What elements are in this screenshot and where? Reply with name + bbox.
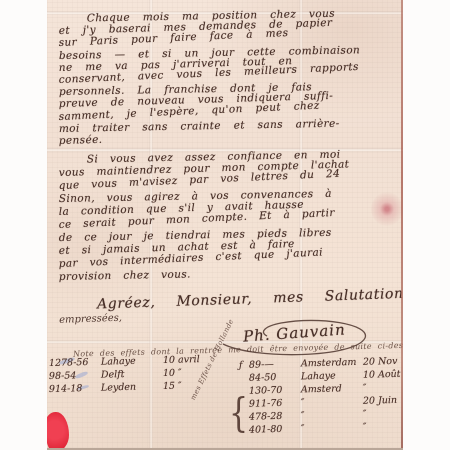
ledger-date: 20 Nov bbox=[363, 355, 403, 370]
ledger-place: Leyden bbox=[101, 381, 163, 396]
ledger-date: 20 Juin bbox=[363, 394, 403, 409]
ledger-right-column: ƒ 89-— Amsterdam 20 Nov 84-50 Lahaye 10 … bbox=[239, 360, 403, 438]
scan-canvas: Chaque mois ma position chez vous et j'y… bbox=[0, 0, 450, 450]
ledger-date: ″ bbox=[363, 407, 403, 422]
letter-text-layer: Chaque mois ma position chez vous et j'y… bbox=[47, 0, 403, 448]
ledger-date: 10 Août bbox=[363, 368, 403, 383]
ledger-date: ″ bbox=[363, 420, 403, 435]
ledger-place: ″ bbox=[301, 422, 363, 437]
paragraph-2: Si vous avez assez confiance en moi vous… bbox=[59, 154, 395, 284]
ledger-amount: 914-18 bbox=[49, 383, 101, 397]
ledger-amount: 401-80 bbox=[249, 423, 301, 437]
ledger-date: ″ bbox=[363, 381, 403, 396]
paragraph-1: Chaque mois ma position chez vous et j'y… bbox=[59, 13, 395, 147]
florin-mark: ƒ bbox=[239, 360, 249, 373]
letter-paper: Chaque mois ma position chez vous et j'y… bbox=[47, 0, 403, 450]
florin-mark bbox=[239, 373, 249, 386]
ledger-group-brace: { bbox=[229, 390, 248, 437]
